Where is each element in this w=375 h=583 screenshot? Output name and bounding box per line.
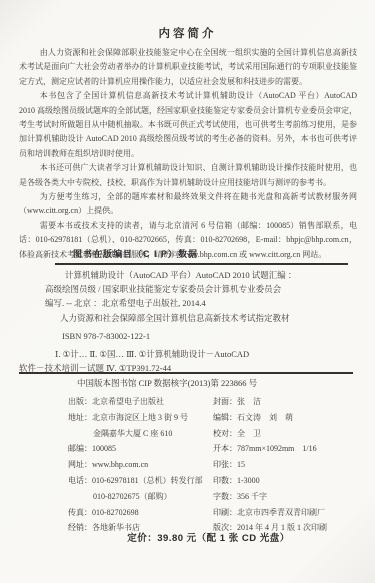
colophon-value: 北京市海淀区上地 3 街 9 号: [92, 413, 188, 422]
colophon-row-print-run: 印数：1-3000: [213, 473, 373, 489]
colophon-value: 全 卫: [237, 429, 261, 438]
colophon-row-phone-cont: 010-82702675（邮购）: [68, 489, 218, 505]
colophon-row-fax: 传真：010-82702698: [68, 505, 218, 521]
colophon-value: 北京市四季青双青印刷厂: [237, 508, 325, 517]
cip-bib-line: 计算机辅助设计（AutoCAD 平台）AutoCAD 2010 试题汇编 ：: [65, 268, 375, 282]
colophon-row-sheets: 印张：15: [213, 457, 373, 473]
colophon-value: 787mm×1092mm 1/16: [237, 444, 317, 453]
colophon-value: 010-62978181（总机）转发行部: [92, 476, 203, 485]
colophon-value: 1-3000: [237, 476, 260, 485]
intro-paragraph-1: 由人力资源和社会保障部职业技能鉴定中心在全国统一组织实施的全国计算机信息高新技术…: [19, 46, 357, 89]
cip-heading-underline: [55, 263, 348, 265]
colophon-row-phone: 电话：010-62978181（总机）转发行部: [68, 473, 218, 489]
colophon-value: 北京希望电子出版社: [92, 397, 164, 406]
colophon-value: www.bhp.com.cn: [92, 460, 148, 469]
cip-classification-line: Ⅰ. ①计… Ⅱ. ①国… Ⅲ. ①计算机辅助设计－AutoCAD: [55, 347, 375, 361]
colophon-row-cover-designer: 封面：张 洁: [213, 394, 373, 410]
colophon-label: 编辑：: [213, 413, 237, 422]
colophon-row-publisher: 出版：北京希望电子出版社: [68, 394, 218, 410]
cip-isbn-line: ISBN 978-7-83002-122-1: [62, 329, 375, 343]
colophon-right-column: 封面：张 洁 编辑：石文涛 刘 萌 校对：全 卫 开本：787mm×1092mm…: [213, 394, 373, 536]
colophon-left-column: 出版：北京希望电子出版社 地址：北京市海淀区上地 3 街 9 号 金隅嘉华大厦 …: [68, 394, 218, 536]
colophon-row-proofreader: 校对：全 卫: [213, 426, 373, 442]
colophon-row-word-count: 字数：356 千字: [213, 489, 373, 505]
content-summary-text: 由人力资源和社会保障部职业技能鉴定中心在全国统一组织实施的全国计算机信息高新技术…: [19, 46, 357, 262]
cip-registry-line: 中国版本图书馆 CIP 数据核字(2013)第 223866 号: [77, 377, 257, 389]
colophon-label: 封面：: [213, 397, 237, 406]
cip-bibliographic-block: 计算机辅助设计（AutoCAD 平台）AutoCAD 2010 试题汇编 ： 高…: [0, 268, 375, 375]
colophon-value: 金隅嘉华大厦 C 座 610: [93, 429, 172, 438]
colophon-value: 100085: [92, 444, 116, 453]
colophon-label: 印刷：: [213, 508, 237, 517]
cip-bib-line: 编写. -- 北京 ：北京希望电子出版社, 2014.4: [45, 296, 375, 310]
cip-bottom-rule: [19, 372, 353, 374]
colophon-row-editors: 编辑：石文涛 刘 萌: [213, 410, 373, 426]
colophon-value: 张 洁: [237, 397, 261, 406]
cip-series-note: 人力资源和社会保障部全国计算机信息高新技术考试指定教材: [60, 311, 375, 325]
colophon-row-website: 网址：www.bhp.com.cn: [68, 457, 218, 473]
content-summary-title: 内容简介: [0, 25, 375, 41]
colophon-value: 010-82702698: [92, 508, 139, 517]
colophon-label: 电话：: [68, 476, 92, 485]
colophon-row-printer: 印刷：北京市四季青双青印刷厂: [213, 505, 373, 521]
colophon-label: 印数：: [213, 476, 237, 485]
intro-paragraph-4: 为方便考生练习，全部的题库素材和最终效果文件将在随书光盘和高新考试教材服务网（w…: [19, 190, 357, 219]
colophon-label: 字数：: [213, 492, 237, 501]
colophon-value: 356 千字: [237, 492, 267, 501]
book-copyright-page: 内容简介 由人力资源和社会保障部职业技能鉴定中心在全国统一组织实施的全国计算机信…: [0, 0, 375, 583]
colophon-value: 15: [237, 460, 245, 469]
colophon-row-postcode: 邮编：100085: [68, 441, 218, 457]
cip-data-heading: 图书在版编目（C I P）数据: [73, 247, 198, 260]
colophon-label: 出版：: [68, 397, 92, 406]
colophon-label: 印张：: [213, 460, 237, 469]
colophon-row-format: 开本：787mm×1092mm 1/16: [213, 441, 373, 457]
colophon-value: 010-82702675（邮购）: [93, 492, 172, 501]
colophon-label: 网址：: [68, 460, 92, 469]
intro-paragraph-3: 本书还可供广大读者学习计算机辅助设计知识、自测计算机辅助设计操作技能时使用，也是…: [19, 161, 357, 190]
colophon-label: 邮编：: [68, 444, 92, 453]
colophon-label: 传真：: [68, 508, 92, 517]
price-line: 定价：39.80 元（配 1 张 CD 光盘）: [0, 530, 375, 544]
colophon-row-address-cont: 金隅嘉华大厦 C 座 610: [68, 426, 218, 442]
colophon-label: 地址：: [68, 413, 92, 422]
colophon-label: 校对：: [213, 429, 237, 438]
intro-paragraph-2: 本书包含了全国计算机信息高新技术考试计算机辅助设计（AutoCAD 平台）Aut…: [19, 89, 357, 161]
colophon-value: 石文涛 刘 萌: [237, 413, 293, 422]
colophon-label: 开本：: [213, 444, 237, 453]
colophon-row-address: 地址：北京市海淀区上地 3 街 9 号: [68, 410, 218, 426]
cip-bib-line: 高级绘图员级 / 国家职业技能鉴定专家委员会计算机专业委员会: [45, 282, 375, 296]
